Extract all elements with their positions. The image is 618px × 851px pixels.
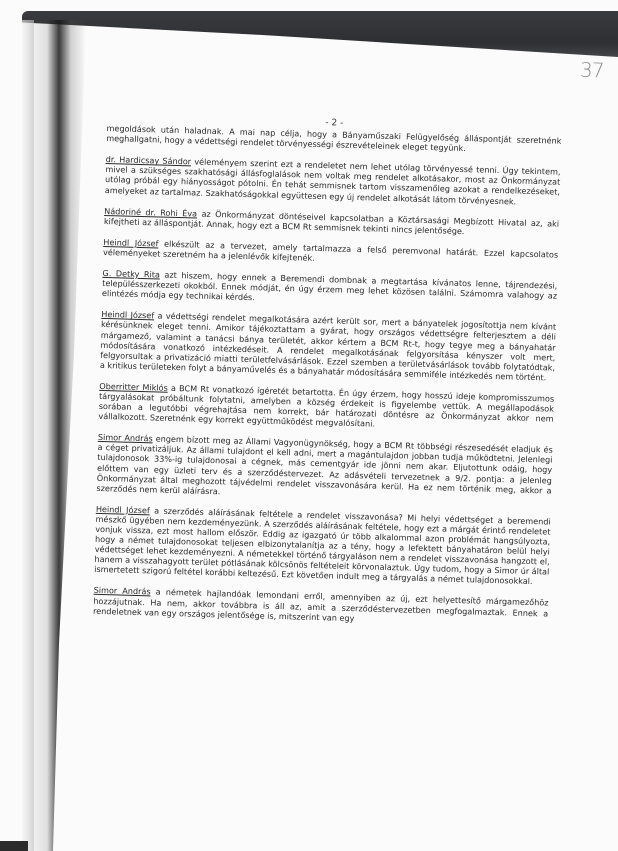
paragraph: G. Detky Rita azt hiszem, hogy ennek a B…: [102, 268, 558, 311]
paragraph-text: engem bízott meg az Állami Vagyonügynöks…: [96, 434, 553, 496]
binding-shadow: [26, 20, 86, 851]
scanner-corner: [0, 841, 28, 851]
scanned-page: 37 - 2 - megoldások után haladnak. A mai…: [0, 0, 618, 851]
paragraph-text: a BCM Rt vonatkozó ígéretét betartotta. …: [98, 383, 554, 429]
paragraph: Oberritter Miklós a BCM Rt vonatkozó ígé…: [98, 381, 554, 434]
handwritten-page-number: 37: [580, 58, 604, 83]
paragraph: Heindl József elkészült az a tervezet, a…: [103, 237, 558, 270]
document-body: - 2 - megoldások után haladnak. A mai na…: [93, 112, 562, 639]
scanner-shadow-top: [22, 11, 618, 57]
paragraph-text: a védettségi rendelet megalkotására azér…: [100, 311, 557, 382]
paragraph: Heindl József a védettségi rendelet mega…: [100, 309, 557, 382]
paragraph: Simor András a németek hajlandóak lemond…: [93, 585, 549, 628]
paragraph: Simor András engem bízott meg az Állami …: [96, 432, 553, 505]
paragraph: Heindl József a szerződés aláírásának fe…: [94, 504, 551, 587]
paragraph-text: a németek hajlandóak lemondani erről, am…: [93, 587, 549, 623]
paragraph: Nádoriné dr. Rohi Éva az Önkormányzat dö…: [104, 206, 559, 239]
paragraph-list: megoldások után haladnak. A mai nap célj…: [93, 123, 562, 628]
paragraph-text: elkészült az a tervezet, amely tartalmaz…: [103, 238, 558, 262]
paragraph: dr. Hardicsay Sándor véleményem szerint …: [105, 154, 561, 207]
paragraph-text: azt hiszem, hogy ennek a Beremendi dombn…: [102, 270, 558, 303]
paragraph-text: a szerződés aláírásának feltétele a rend…: [94, 505, 551, 586]
